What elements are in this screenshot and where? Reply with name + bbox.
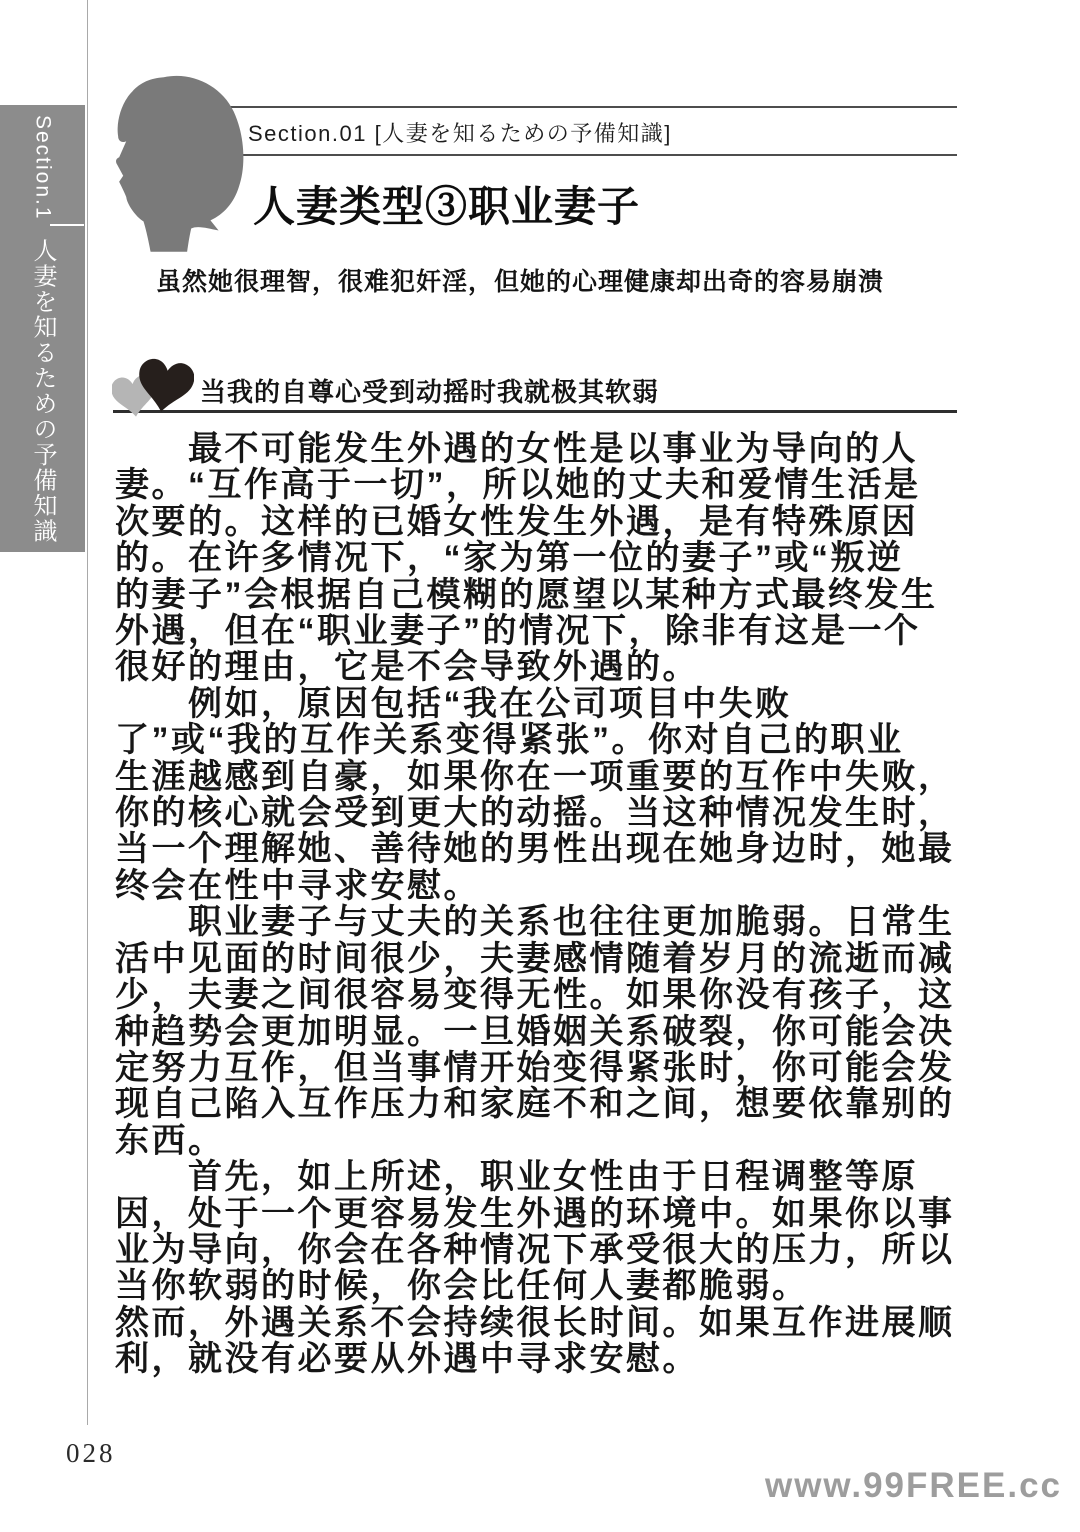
body-line: 了”或“我的互作关系变得紧张”。你对自己的职业 [115,722,1055,758]
body-line: 少，夫妻之间很容易变得无性。如果你没有孩子，这 [115,977,1055,1013]
body-line: 活中见面的时间很少，夫妻感情随着岁月的流逝而减 [115,941,1055,977]
body-line: 的。在许多情况下，“家为第一位的妻子”或“叛逆 [115,540,1055,576]
body-line: 例如，原因包括“我在公司项目中失败 [115,686,1055,722]
book-page: Section.1 人妻を知るための予備知識 Section.01 [人妻を知る… [0,0,1080,1532]
body-line: 当你软弱的时候，你会比任何人妻都脆弱。 [115,1268,1055,1304]
page-subtitle: 虽然她很理智，很难犯奸淫，但她的心理健康却出奇的容易崩溃 [156,262,884,298]
section-kicker: Section.01 [人妻を知るための予備知識] [248,117,672,148]
body-line: 现自己陷入互作压力和家庭不和之间，想要依靠别的 [115,1086,1055,1122]
body-line: 终会在性中寻求安慰。 [115,868,1055,904]
header-rule-top [218,106,957,108]
body-line: 很好的理由，它是不会导致外遇的。 [115,649,1055,685]
sidebar-section-number: Section.1 [31,115,55,221]
body-line: 业为导向，你会在各种情况下承受很大的压力，所以 [115,1232,1055,1268]
body-line: 首先，如上所述，职业女性由于日程调整等原 [115,1159,1055,1195]
sidebar-divider [50,224,84,226]
sidebar-section-title: 人妻を知るための予備知識 [25,238,60,544]
body-line: 最不可能发生外遇的女性是以事业为导向的人 [115,431,1055,467]
body-line: 然而，外遇关系不会持续很长时间。如果互作进展顺 [115,1305,1055,1341]
sidebar-section-number-wrap: Section.1 [0,115,85,221]
page-title: 人妻类型③职业妻子 [253,174,640,234]
header-rule-bottom [240,154,957,156]
body-line: 职业妻子与丈夫的关系也往往更加脆弱。日常生 [115,904,1055,940]
body-line: 利，就没有必要从外遇中寻求安慰。 [115,1341,1055,1377]
page-number: 028 [66,1438,116,1469]
body-line: 当一个理解她、善待她的男性出现在她身边时，她最 [115,831,1055,867]
watermark: www.99FREE.cc [765,1466,1062,1506]
body-line: 的妻子”会根据自己模糊的愿望以某种方式最终发生 [115,577,1055,613]
body-line: 因，处于一个更容易发生外遇的环境中。如果你以事 [115,1196,1055,1232]
body-line: 妻。“互作高于一切”，所以她的丈夫和爱情生活是 [115,467,1055,503]
body-line: 种趋势会更加明显。一旦婚姻关系破裂，你可能会决 [115,1014,1055,1050]
body-line: 生涯越感到自豪，如果你在一项重要的互作中失败， [115,759,1055,795]
callout-rule [113,410,957,413]
body-line: 你的核心就会受到更大的动摇。当这种情况发生时， [115,795,1055,831]
body-line: 东西。 [115,1123,1055,1159]
body-line: 次要的。这样的已婚女性发生外遇，是有特殊原因 [115,504,1055,540]
page-divider-line [87,0,88,1425]
section-sidebar: Section.1 人妻を知るための予備知識 [0,105,85,552]
sidebar-section-title-wrap: 人妻を知るための予備知識 [0,238,85,544]
body-text: 最不可能发生外遇的女性是以事业为导向的人妻。“互作高于一切”，所以她的丈夫和爱情… [115,431,1055,1378]
body-line: 定努力互作，但当事情开始变得紧张时，你可能会发 [115,1050,1055,1086]
hearts-icon [112,358,194,422]
callout-heading: 当我的自尊心受到动摇时我就极其软弱 [200,372,659,409]
body-line: 外遇，但在“职业妻子”的情况下，除非有这是一个 [115,613,1055,649]
woman-silhouette-icon [110,72,247,253]
